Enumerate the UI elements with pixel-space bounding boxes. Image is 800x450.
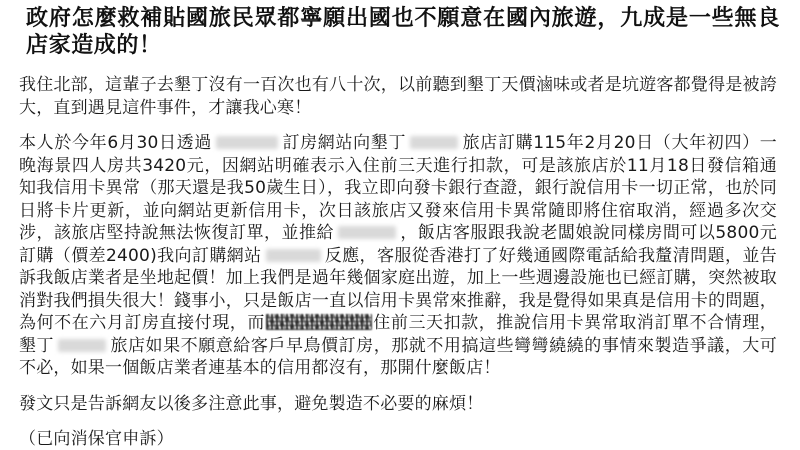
redacted-booking-site-name [216,136,278,149]
text-segment: 訂房網站向墾丁 [282,133,406,153]
text-segment: （已向消保官申訴） [19,429,174,449]
paragraph: 本人於今年6月30日透過訂房網站向墾丁旅店訂購115年2月20日（大年初四）一晚… [19,132,777,380]
text-segment: 本人於今年6月30日透過 [19,133,212,153]
text-segment: 我住北部，這輩子去墾丁沒有一百次也有八十次，以前聽到墾丁天價滷味或者是坑遊客都覺… [19,75,777,118]
paragraph: （已向消保官申訴） [19,428,777,450]
post-body: 我住北部，這輩子去墾丁沒有一百次也有八十次，以前聽到墾丁天價滷味或者是坑遊客都覺… [19,74,780,450]
paragraph: 發文只是告訴網友以後多注意此事，避免製造不必要的麻煩！ [19,393,777,416]
complaint-post: 政府怎麼救補貼國旅民眾都寧願出國也不願意在國內旅遊，九成是一些無良店家造成的！ … [0,0,800,450]
text-segment: 發文只是告訴網友以後多注意此事，避免製造不必要的麻煩！ [19,394,483,414]
redacted-booking-site-name [338,226,396,239]
paragraph: 我住北部，這輩子去墾丁沒有一百次也有八十次，以前聽到墾丁天價滷味或者是坑遊客都覺… [19,74,777,119]
post-title: 政府怎麼救補貼國旅民眾都寧願出國也不願意在國內旅遊，九成是一些無良店家造成的！ [26,5,780,59]
redacted-booking-site-name [266,249,321,262]
redacted-hotel-name [58,339,106,352]
text-segment: 旅店如果不願意給客戶早鳥價訂房，那就不用搞這些彎彎繞繞的事情來製造爭議，大可不必… [19,336,777,379]
redacted-hotel-name [410,136,458,149]
scribbled-censored-overlapping-text [266,314,372,330]
